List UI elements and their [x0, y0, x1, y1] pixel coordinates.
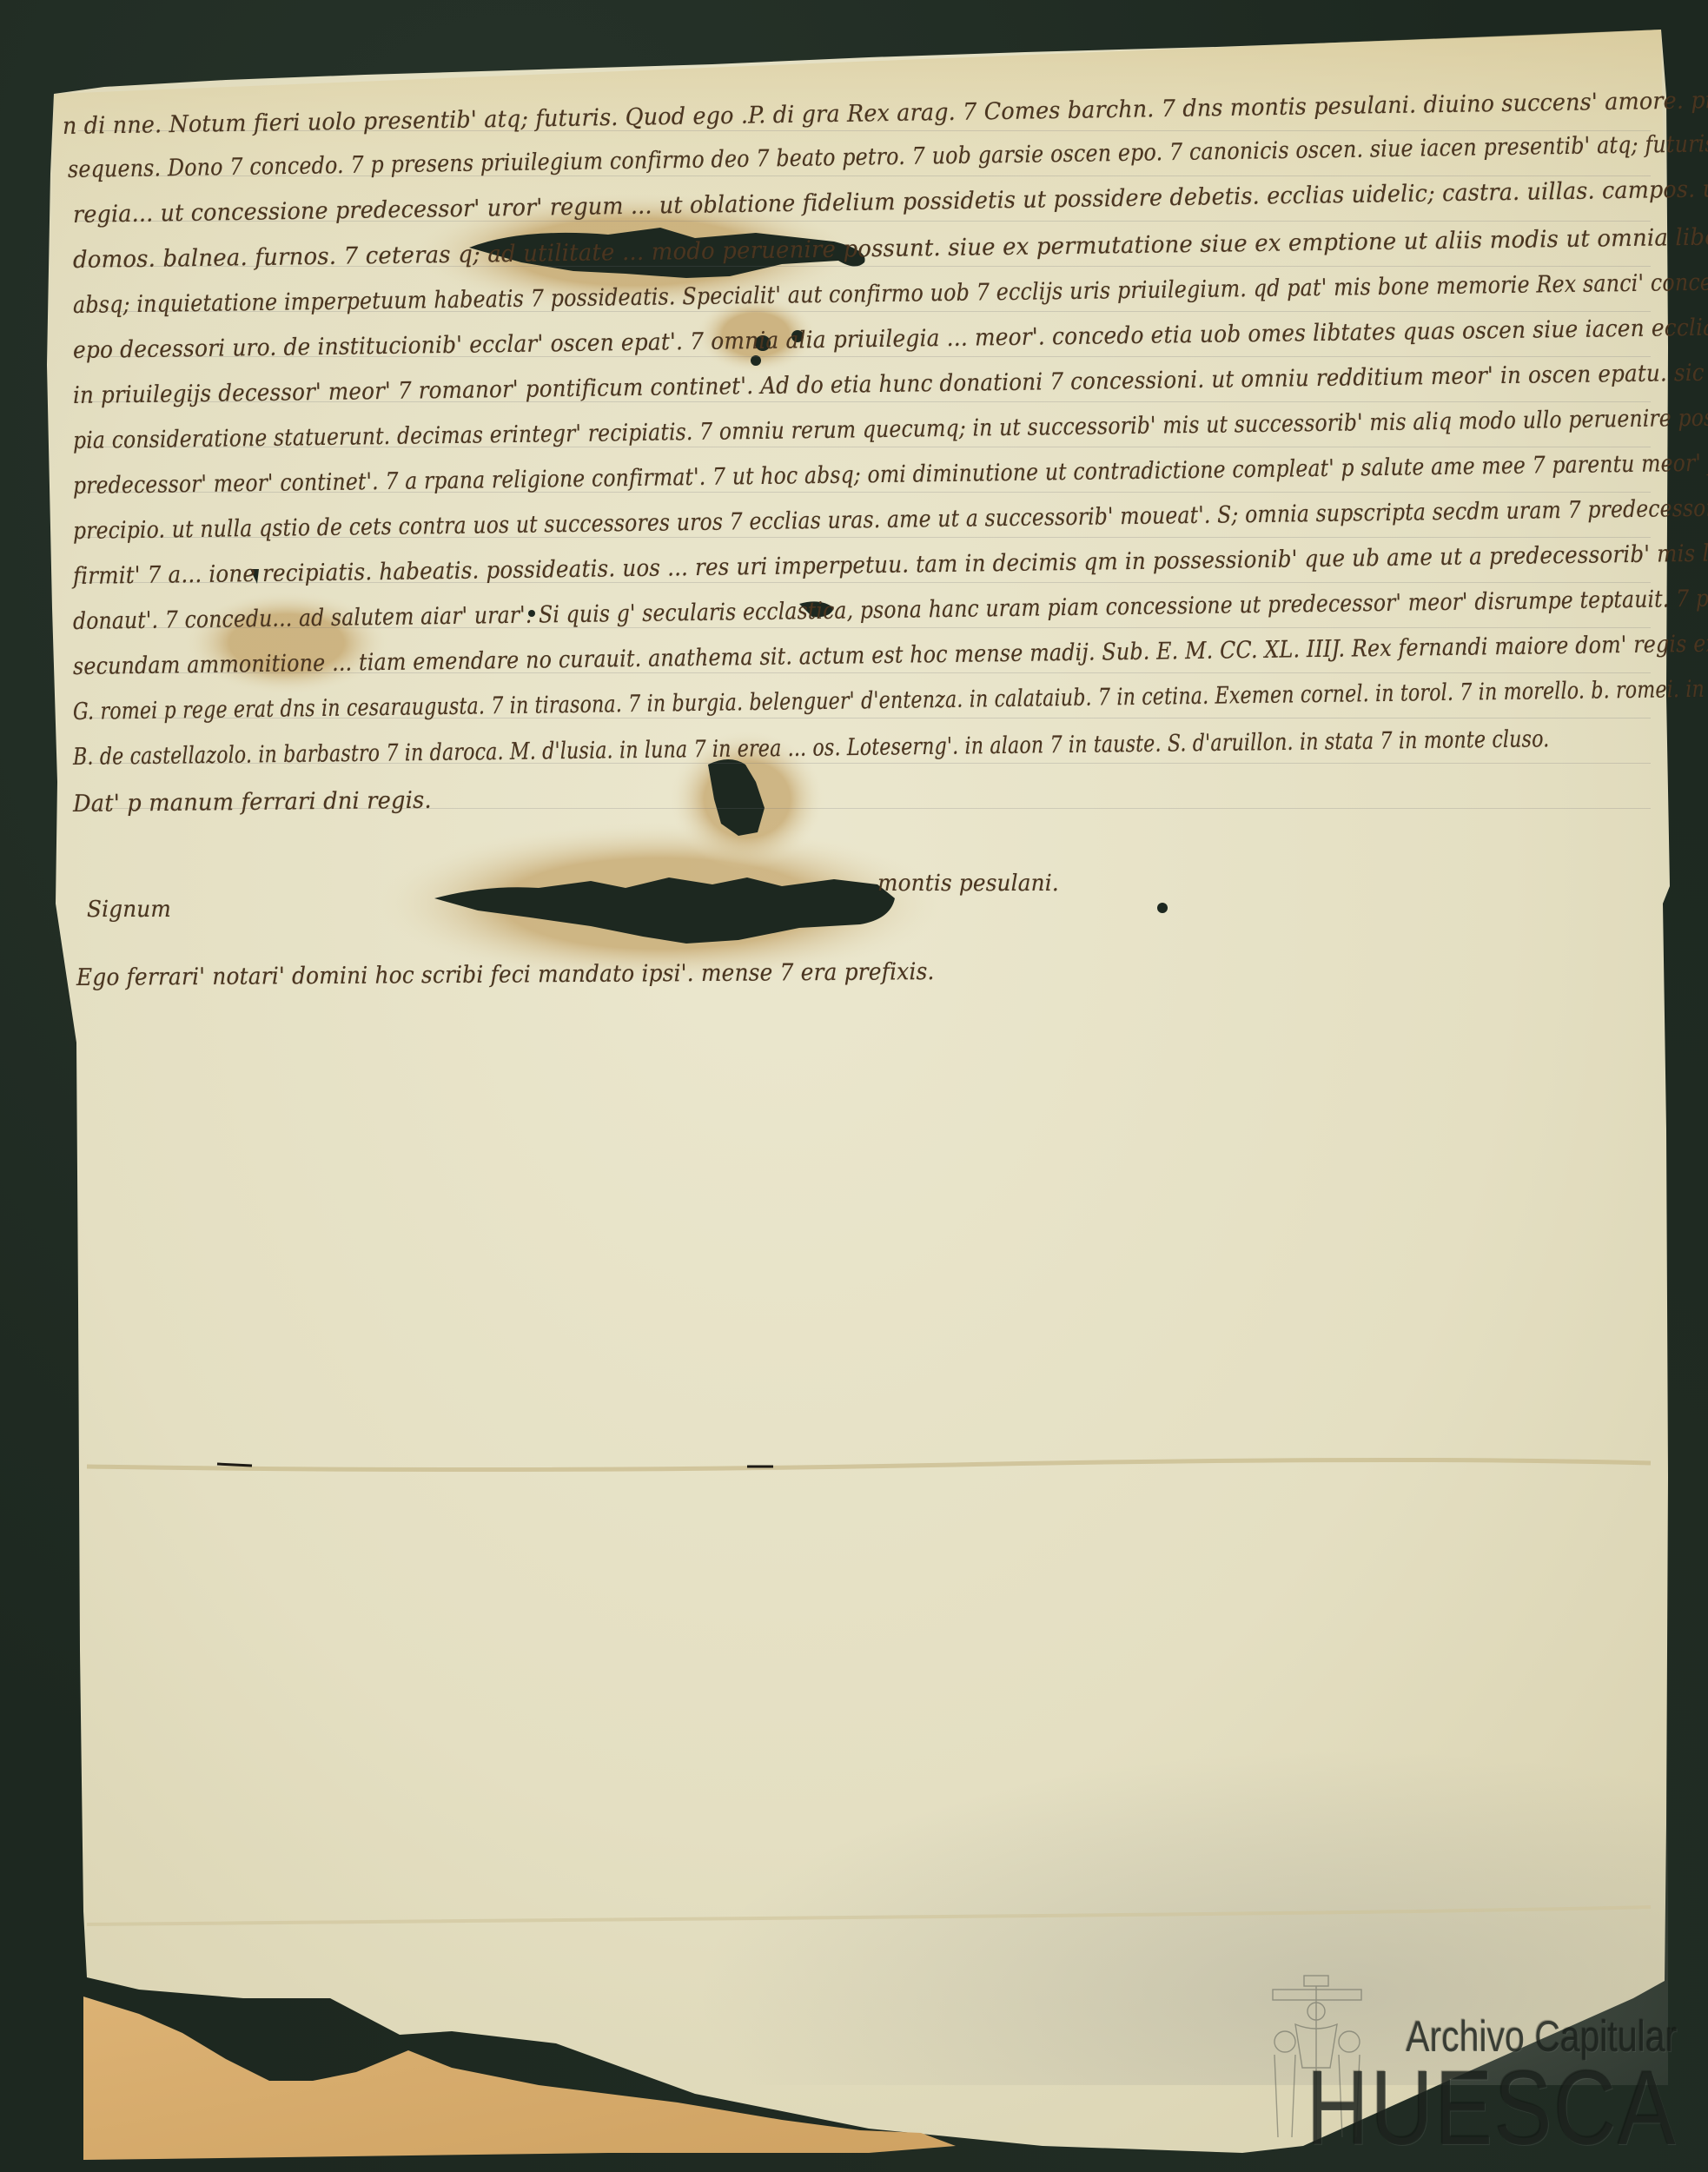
text-line: epo decessori uro. de institucionib' ecc…: [73, 310, 1708, 364]
text-line: pia consideratione statuerunt. decimas e…: [73, 402, 1708, 454]
text-line: domos. balnea. furnos. 7 ceteras q; ad u…: [73, 224, 1708, 274]
signum-label: Signum: [87, 897, 171, 923]
text-line: G. romei p rege erat dns in cesaraugusta…: [73, 675, 1708, 725]
text-line: regia... ut concessione predecessor' uro…: [73, 174, 1708, 228]
text-line: B. de castellazolo. in barbastro 7 in da…: [73, 725, 1550, 771]
text-line: donaut'. 7 concedu... ad salutem aiar' u…: [73, 583, 1708, 635]
signum-suffix: montis pesulani.: [877, 871, 1059, 897]
scribe-subscription: Ego ferrari' notari' domini hoc scribi f…: [76, 958, 935, 991]
text-line: Dat' p manum ferrari dni regis.: [73, 787, 432, 818]
text-line: firmit' 7 a... ione recipiatis. habeatis…: [73, 539, 1708, 590]
text-line: secundam ammonitione ... tiam emendare n…: [73, 629, 1708, 680]
text-line: predecessor' meor' continet'. 7 a rpana …: [73, 447, 1708, 500]
text-line: absq; inquietatione imperpetuum habeatis…: [73, 266, 1708, 319]
text-line: precipio. ut nulla qstio de cets contra …: [73, 492, 1708, 545]
charter-text: n di nne. Notum fieri uolo presentib' at…: [0, 0, 1708, 2172]
parchment-document: n di nne. Notum fieri uolo presentib' at…: [0, 0, 1708, 2172]
archive-watermark: Archivo Capitular HUESCA: [1225, 2014, 1677, 2156]
text-line: in priuilegijs decessor' meor' 7 romanor…: [73, 355, 1708, 409]
text-line: n di nne. Notum fieri uolo presentib' at…: [63, 83, 1708, 140]
watermark-line2: HUESCA: [1306, 2059, 1677, 2156]
